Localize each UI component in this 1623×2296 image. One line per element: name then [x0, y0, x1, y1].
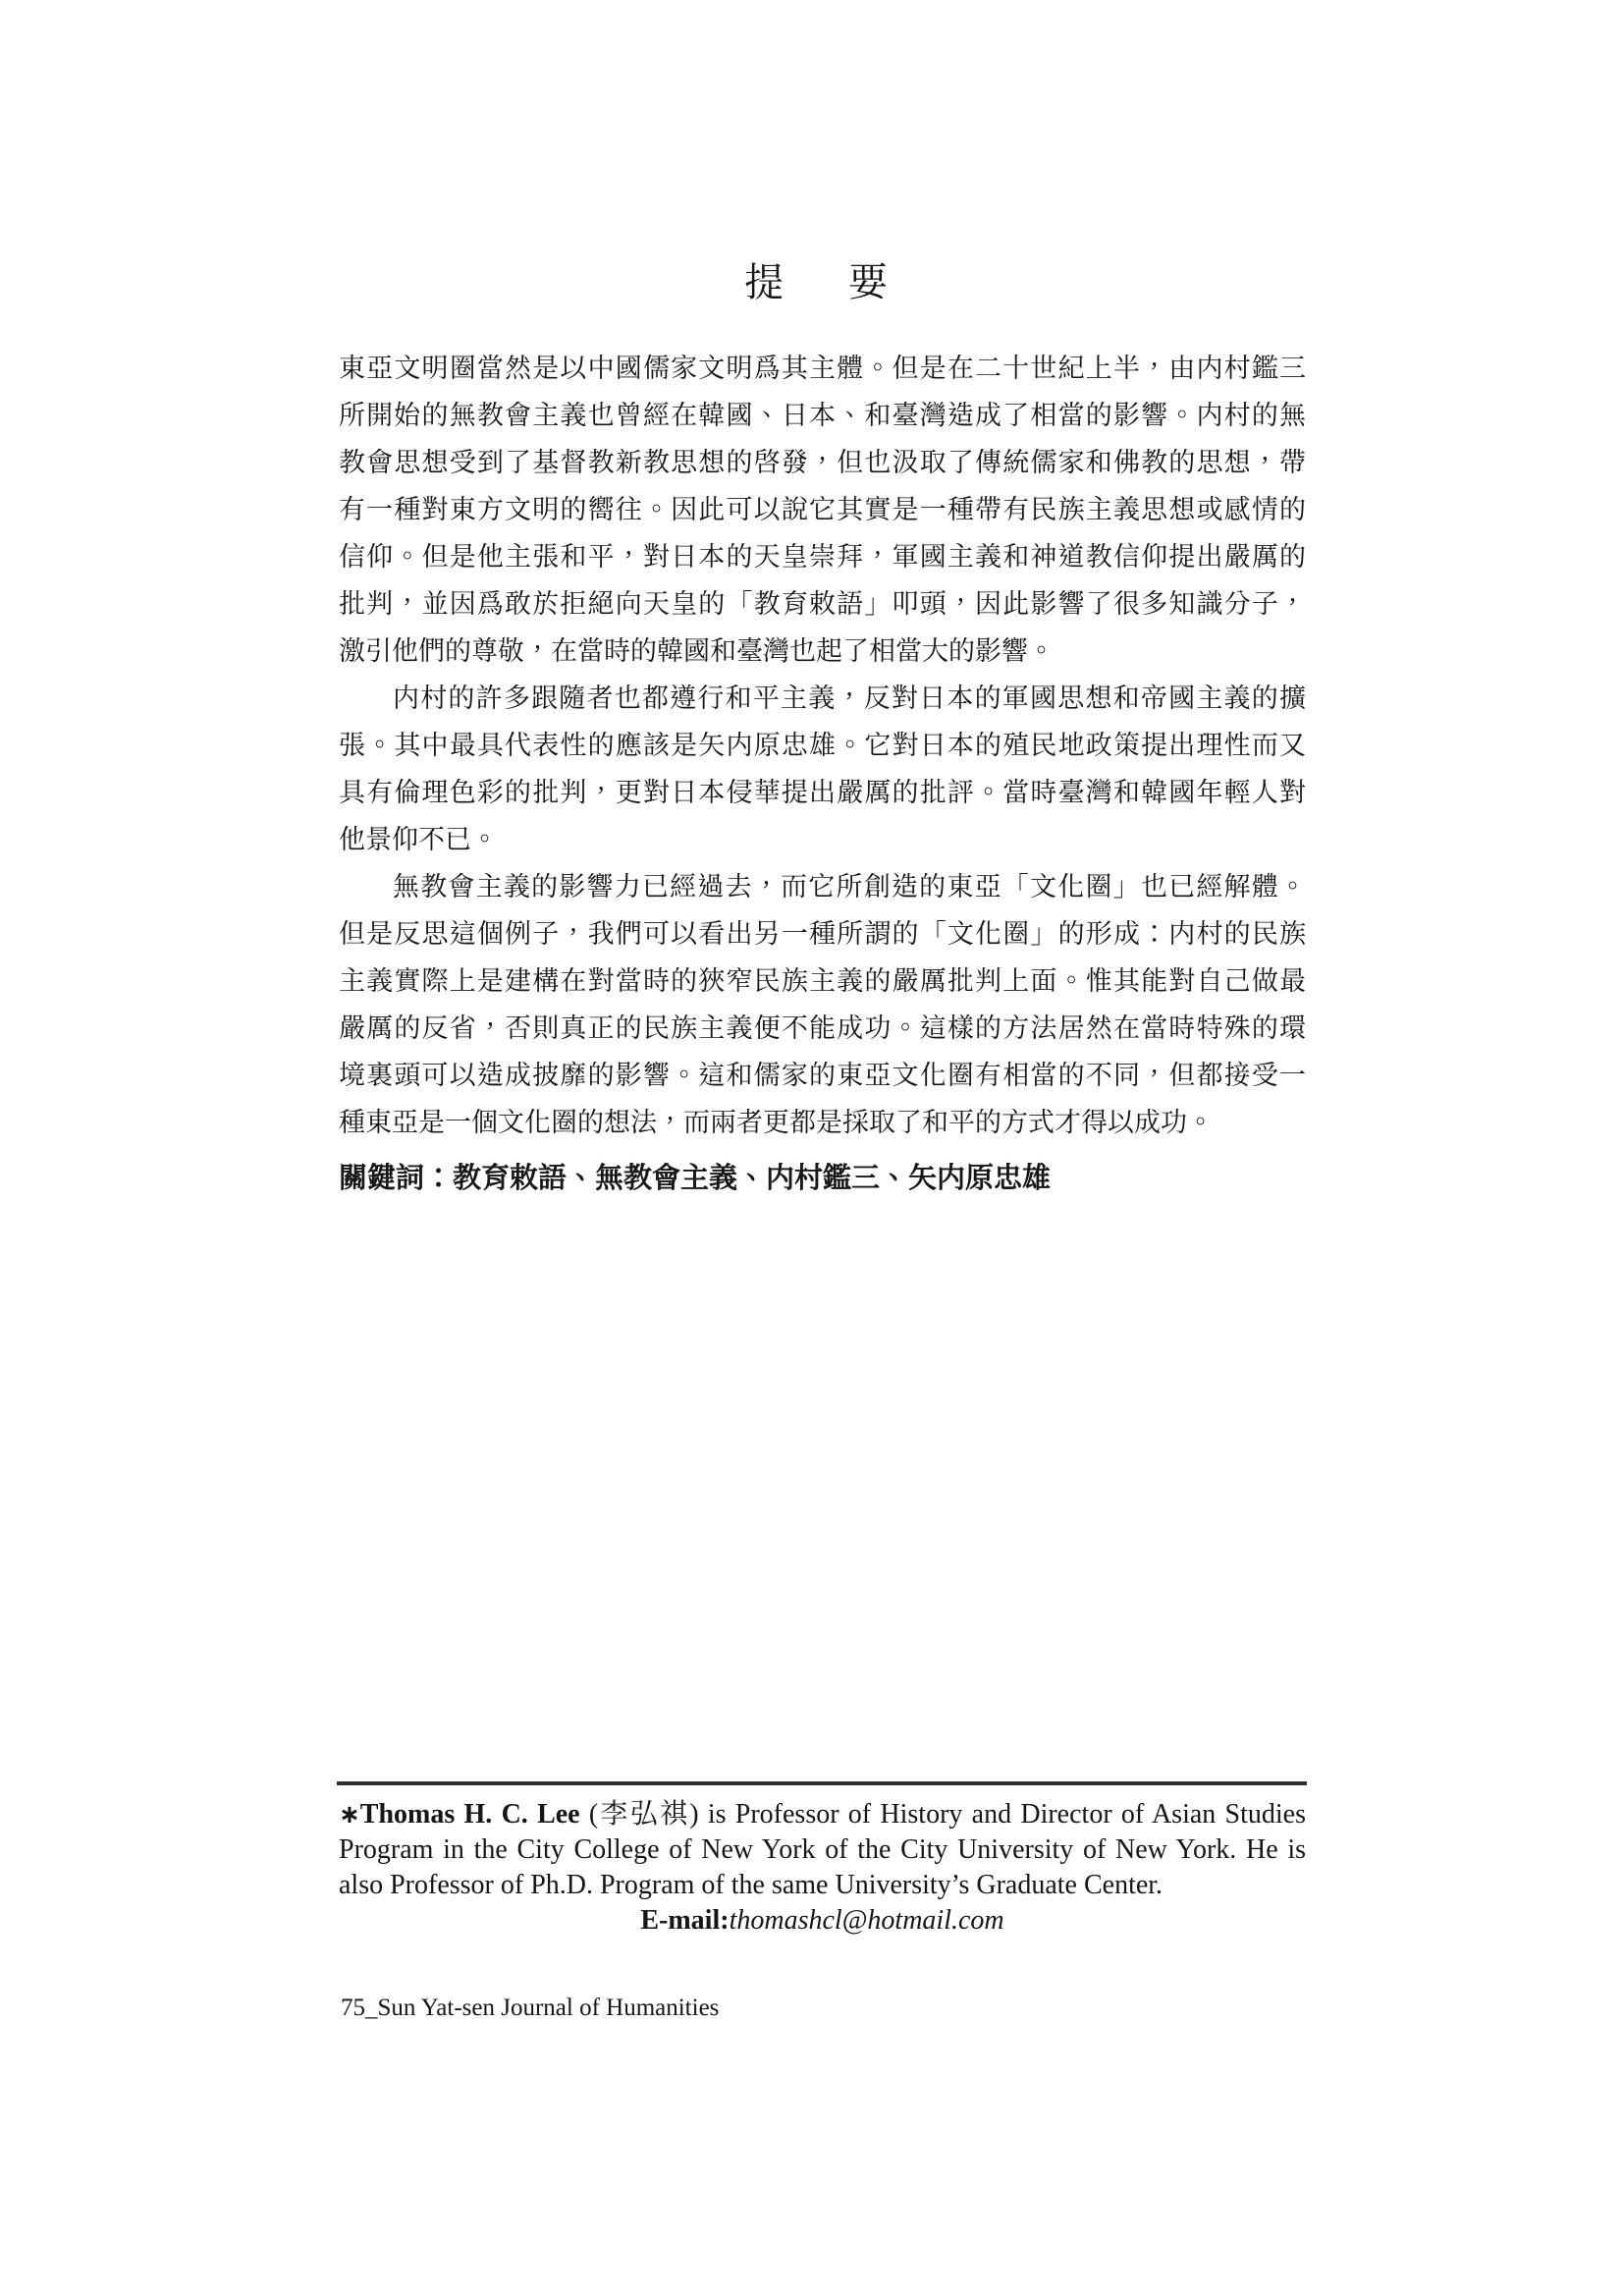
abstract-line: 内村的許多跟隨者也都遵行和平主義，反對日本的軍國思想和帝國主義的擴: [339, 675, 1306, 722]
abstract-line: 但是反思這個例子，我們可以看出另一種所謂的「文化圈」的形成：内村的民族: [339, 910, 1306, 957]
footnote-text: ∗Thomas H. C. Lee (李弘祺) is Professor of …: [339, 1797, 1306, 1903]
document-page: 提 要 東亞文明圈當然是以中國儒家文明爲其主體。但是在二十世紀上半，由内村鑑三 …: [0, 0, 1623, 2296]
abstract-body: 東亞文明圈當然是以中國儒家文明爲其主體。但是在二十世紀上半，由内村鑑三 所開始的…: [339, 345, 1306, 1146]
journal-footer-text: 75_Sun Yat-sen Journal of Humanities: [341, 1995, 719, 2021]
journal-footer-line: 75_Sun Yat-sen Journal of Humanities: [341, 1992, 719, 2025]
abstract-line: 嚴厲的反省，否則真正的民族主義便不能成功。這樣的方法居然在當時特殊的環: [339, 1005, 1306, 1052]
footnote-divider: [337, 1781, 1307, 1785]
abstract-line: 種東亞是一個文化圈的想法，而兩者更都是採取了和平的方式才得以成功。: [339, 1099, 1306, 1146]
abstract-line: 激引他們的尊敬，在當時的韓國和臺灣也起了相當大的影響。: [339, 628, 1306, 675]
abstract-line: 具有倫理色彩的批判，更對日本侵華提出嚴厲的批評。當時臺灣和韓國年輕人對: [339, 769, 1306, 816]
footnote-asterisk-marker: ∗: [339, 1800, 360, 1830]
abstract-line: 境裏頭可以造成披靡的影響。這和儒家的東亞文化圈有相當的不同，但都接受一: [339, 1052, 1306, 1099]
footnote: ∗Thomas H. C. Lee (李弘祺) is Professor of …: [339, 1797, 1306, 1939]
abstract-line: 所開始的無教會主義也曾經在韓國、日本、和臺灣造成了相當的影響。内村的無: [339, 392, 1306, 439]
abstract-line: 信仰。但是他主張和平，對日本的天皇崇拜，軍國主義和神道教信仰提出嚴厲的: [339, 533, 1306, 580]
footnote-author-name: Thomas H. C. Lee: [360, 1799, 580, 1830]
keywords-list: 教育敕語、無教會主義、内村鑑三、矢内原忠雄: [453, 1163, 1051, 1194]
keywords-line: 關鍵詞：教育敕語、無教會主義、内村鑑三、矢内原忠雄: [339, 1155, 1306, 1202]
abstract-line: 張。其中最具代表性的應該是矢内原忠雄。它對日本的殖民地政策提出理性而又: [339, 722, 1306, 769]
abstract-line: 主義實際上是建構在對當時的狹窄民族主義的嚴厲批判上面。惟其能對自己做最: [339, 957, 1306, 1005]
abstract-title: 提 要: [339, 251, 1306, 307]
abstract-line: 他景仰不已。: [339, 816, 1306, 863]
keywords-label: 關鍵詞：: [339, 1163, 453, 1194]
abstract-line: 批判，並因爲敢於拒絕向天皇的「教育敕語」叩頭，因此影響了很多知識分子，: [339, 580, 1306, 628]
footnote-email-line: E-mail:thomashcl@hotmail.com: [339, 1903, 1306, 1939]
email-address: thomashcl@hotmail.com: [730, 1905, 1004, 1936]
abstract-line: 無教會主義的影響力已經過去，而它所創造的東亞「文化圈」也已經解體。: [339, 863, 1306, 910]
abstract-line: 有一種對東方文明的嚮往。因此可以說它其實是一種帶有民族主義思想或感情的: [339, 486, 1306, 533]
abstract-line: 東亞文明圈當然是以中國儒家文明爲其主體。但是在二十世紀上半，由内村鑑三: [339, 345, 1306, 392]
email-label: E-mail:: [640, 1905, 729, 1936]
abstract-line: 教會思想受到了基督教新教思想的啓發，但也汲取了傳統儒家和佛教的思想，帶: [339, 439, 1306, 486]
